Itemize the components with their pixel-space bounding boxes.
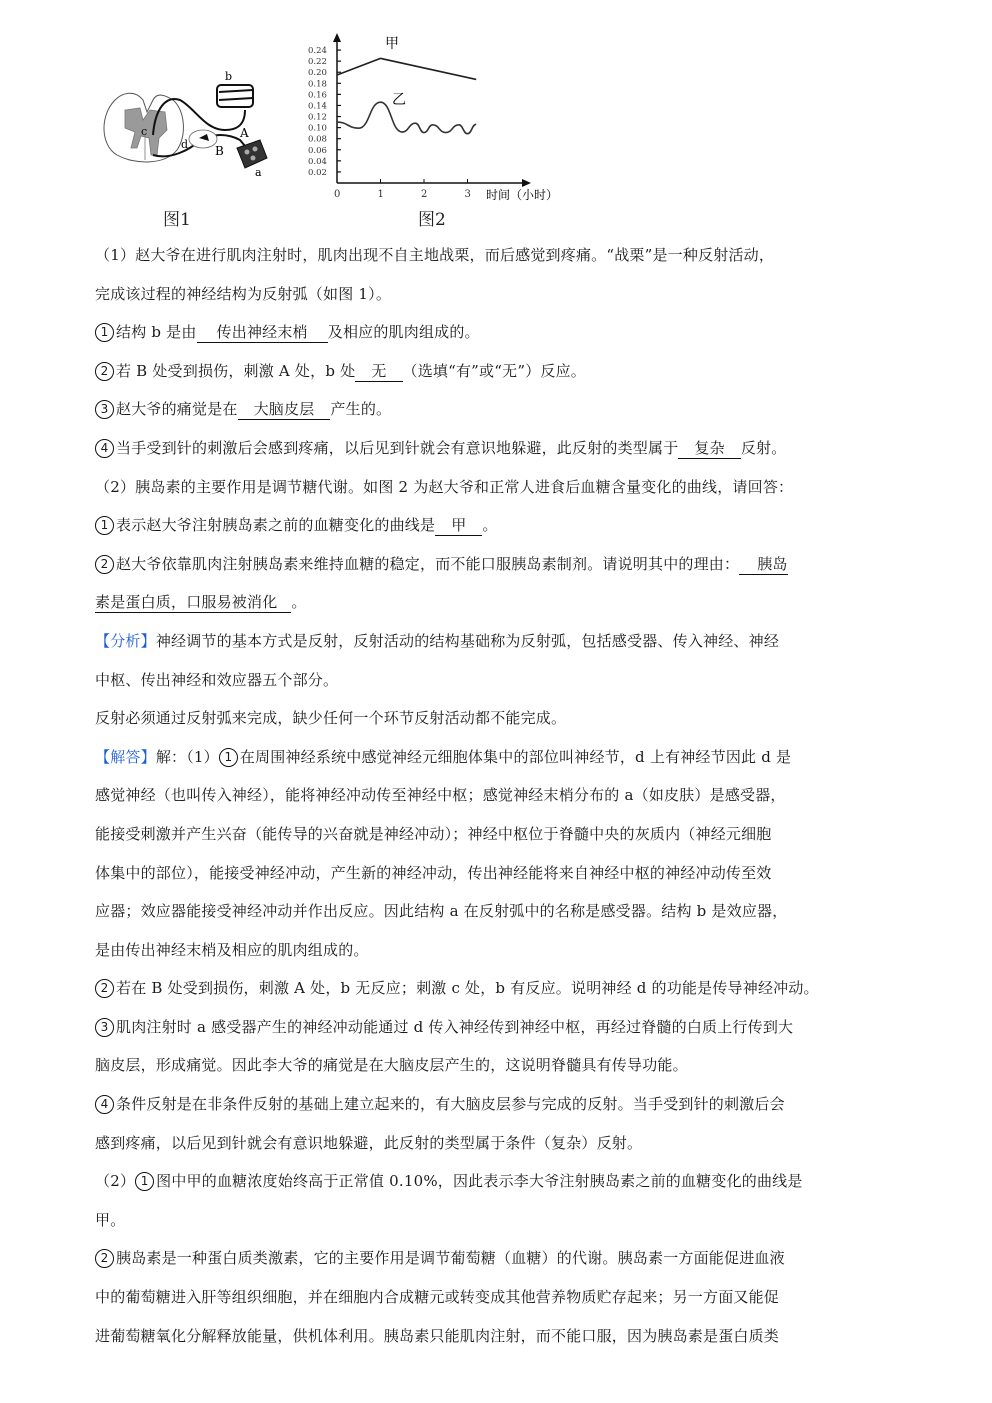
- circled-number: 2: [95, 362, 114, 381]
- solution-line: 4条件反射是在非条件反射的基础上建立起来的，有大脑皮层参与完成的反射。当手受到针…: [95, 1085, 890, 1124]
- question-content: （1）赵大爷在进行肌肉注射时，肌肉出现不自主地战栗，而后感觉到疼痛。“战栗”是一…: [95, 236, 890, 1355]
- svg-text:0.20: 0.20: [308, 68, 327, 78]
- circled-number: 2: [95, 555, 114, 574]
- q1-part-2: 2若 B 处受到损伤，刺激 A 处，b 处无（选填“有”或“无”）反应。: [95, 352, 890, 391]
- series-yi-line: [337, 102, 476, 134]
- svg-text:0.04: 0.04: [308, 157, 327, 167]
- line-chart: 0.020.040.060.080.100.120.140.160.180.20…: [300, 25, 580, 205]
- x-ticks: 0123: [334, 179, 471, 200]
- analysis-line-3: 反射必须通过反射弧来完成，缺少任何一个环节反射活动都不能完成。: [95, 699, 890, 738]
- circled-number: 2: [95, 1249, 114, 1268]
- label-A: A: [239, 126, 249, 140]
- solution-line: 感觉神经（也叫传入神经），能将神经冲动传至神经中枢；感觉神经末梢分布的 a（如皮…: [95, 776, 890, 815]
- q1-part-3: 3赵大爷的痛觉是在大脑皮层产生的。: [95, 390, 890, 429]
- circled-number: 2: [95, 979, 114, 998]
- label-a: a: [255, 166, 262, 179]
- x-axis-label: 时间（小时）: [486, 187, 558, 202]
- svg-text:2: 2: [421, 189, 427, 200]
- circled-number: 4: [95, 1095, 114, 1114]
- q2-part-2: 2赵大爷依靠肌肉注射胰岛素来维持血糖的稳定，而不能口服胰岛素制剂。请说明其中的理…: [95, 545, 890, 584]
- circled-number: 1: [135, 1172, 154, 1191]
- q1-part-1: 1结构 b 是由传出神经末梢及相应的肌肉组成的。: [95, 313, 890, 352]
- series-yi-label: 乙: [392, 92, 406, 108]
- circled-number: 1: [95, 323, 114, 342]
- solution-line-1: 【解答】解：（1）1在周围神经系统中感觉神经元细胞体集中的部位叫神经节，d 上有…: [95, 738, 890, 777]
- svg-text:3: 3: [465, 189, 471, 200]
- solution-line: 是由传出神经末梢及相应的肌肉组成的。: [95, 931, 890, 970]
- circled-number: 3: [95, 1018, 114, 1037]
- answer-blank: 大脑皮层: [238, 399, 331, 420]
- figure-2-blood-glucose-chart: 0.020.040.060.080.100.120.140.160.180.20…: [300, 25, 580, 230]
- circled-number: 1: [95, 516, 114, 535]
- svg-text:0.10: 0.10: [308, 124, 327, 134]
- svg-text:0.06: 0.06: [308, 146, 327, 156]
- svg-text:0.16: 0.16: [308, 90, 327, 100]
- solution-line: 2胰岛素是一种蛋白质类激素，它的主要作用是调节葡萄糖（血糖）的代谢。胰岛素一方面…: [95, 1239, 890, 1278]
- q2-intro: （2）胰岛素的主要作用是调节糖代谢。如图 2 为赵大爷和正常人进食后血糖含量变化…: [95, 468, 890, 507]
- effector-muscle-icon: [217, 85, 253, 107]
- figure-2-caption: 图2: [418, 205, 446, 230]
- solution-line: 中的葡萄糖进入肝等组织细胞，并在细胞内合成糖元或转变成其他营养物质贮存起来；另一…: [95, 1278, 890, 1317]
- svg-text:0.08: 0.08: [308, 135, 327, 145]
- solution-line: 3肌肉注射时 a 感受器产生的神经冲动能通过 d 传入神经传到神经中枢，再经过脊…: [95, 1008, 890, 1047]
- reflex-arc-diagram: b c d A B a: [95, 40, 275, 190]
- series-jia-label: 甲: [385, 36, 399, 52]
- label-b: b: [225, 70, 232, 83]
- solution-line: 脑皮层，形成痛觉。因此李大爷的痛觉是在大脑皮层产生的，这说明脊髓具有传导功能。: [95, 1046, 890, 1085]
- svg-text:0.24: 0.24: [308, 46, 327, 56]
- figure-1-reflex-arc: b c d A B a 图1: [95, 40, 275, 230]
- solution-line: 体集中的部位），能接受神经冲动，产生新的神经冲动，传出神经能将来自神经中枢的神经…: [95, 854, 890, 893]
- q2-part-1: 1表示赵大爷注射胰岛素之前的血糖变化的曲线是甲。: [95, 506, 890, 545]
- solution-line: （2）1图中甲的血糖浓度始终高于正常值 0.10%，因此表示李大爷注射胰岛素之前…: [95, 1162, 890, 1201]
- svg-text:0.14: 0.14: [308, 101, 327, 111]
- q1-part-4: 4当手受到针的刺激后会感到疼痛，以后见到针就会有意识地躲避，此反射的类型属于复杂…: [95, 429, 890, 468]
- answer-blank: 传出神经末梢: [197, 322, 328, 343]
- solution-line: 能接受刺激并产生兴奋（能传导的兴奋就是神经冲动）；神经中枢位于脊髓中央的灰质内（…: [95, 815, 890, 854]
- analysis-line-1: 【分析】神经调节的基本方式是反射，反射活动的结构基础称为反射弧，包括感受器、传入…: [95, 622, 890, 661]
- y-ticks: 0.020.040.060.080.100.120.140.160.180.20…: [308, 46, 341, 178]
- circled-number: 3: [95, 400, 114, 419]
- label-d: d: [181, 138, 188, 151]
- solution-line: 进葡萄糖氧化分解释放能量，供机体利用。胰岛素只能肌肉注射，而不能口服，因为胰岛素…: [95, 1317, 890, 1356]
- svg-text:0.02: 0.02: [308, 168, 327, 178]
- solution-line: 应器；效应器能接受神经冲动并作出反应。因此结构 a 在反射弧中的名称是感受器。结…: [95, 892, 890, 931]
- solution-tag: 【解答】: [95, 748, 156, 766]
- q1-intro-line-2: 完成该过程的神经结构为反射弧（如图 1）。: [95, 275, 890, 314]
- q2-part-2-cont: 素是蛋白质，口服易被消化。: [95, 583, 890, 622]
- label-c: c: [141, 125, 147, 138]
- answer-blank: 复杂: [678, 438, 740, 459]
- answer-blank: 素是蛋白质，口服易被消化: [95, 592, 291, 613]
- circled-number: 1: [219, 748, 238, 767]
- solution-line: 2若在 B 处受到损伤，刺激 A 处，b 无反应；刺激 c 处，b 有反应。说明…: [95, 969, 890, 1008]
- svg-text:0.18: 0.18: [308, 79, 327, 89]
- figure-1-caption: 图1: [163, 205, 191, 230]
- q1-intro-line-1: （1）赵大爷在进行肌肉注射时，肌肉出现不自主地战栗，而后感觉到疼痛。“战栗”是一…: [95, 236, 890, 275]
- series-jia-line: [337, 58, 476, 79]
- svg-text:0.12: 0.12: [308, 113, 327, 123]
- solution-line: 感到疼痛，以后见到针就会有意识地躲避，此反射的类型属于条件（复杂）反射。: [95, 1124, 890, 1163]
- answer-blank: 甲: [435, 515, 482, 536]
- label-B: B: [215, 144, 224, 158]
- analysis-line-2: 中枢、传出神经和效应器五个部分。: [95, 661, 890, 700]
- figures-row: b c d A B a 图1 0.020.040.060.080.100.120…: [0, 0, 992, 235]
- answer-blank: 胰岛: [739, 554, 787, 575]
- solution-line: 甲。: [95, 1201, 890, 1240]
- svg-text:0: 0: [334, 189, 340, 200]
- svg-text:0.22: 0.22: [308, 57, 327, 67]
- circled-number: 4: [95, 439, 114, 458]
- answer-blank: 无: [355, 361, 402, 382]
- receptor-skin-icon: [237, 140, 267, 168]
- svg-text:1: 1: [378, 189, 384, 200]
- analysis-tag: 【分析】: [95, 632, 156, 650]
